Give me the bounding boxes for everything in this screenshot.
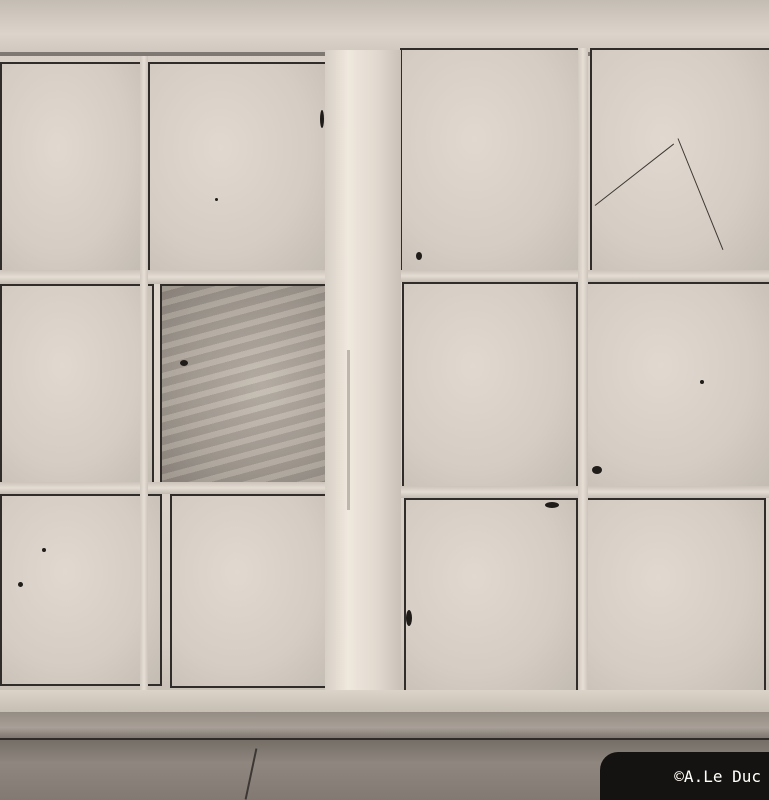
paint-fleck	[320, 110, 324, 128]
muntin	[0, 482, 334, 494]
paint-fleck	[180, 360, 188, 366]
sill-ledge	[0, 712, 769, 738]
cracked-pane	[590, 48, 769, 274]
paint-fleck	[215, 198, 218, 201]
paint-fleck	[406, 610, 412, 626]
muntin	[578, 48, 588, 692]
muntin	[0, 270, 330, 284]
whitewashed-pane	[160, 284, 332, 486]
window-pane	[148, 62, 328, 274]
window-pane	[0, 284, 154, 486]
window-sill	[0, 690, 769, 712]
paint-fleck	[592, 466, 602, 474]
muntin	[140, 56, 148, 692]
window-pane	[402, 282, 578, 490]
paint-fleck	[18, 582, 23, 587]
window-pane	[586, 282, 769, 490]
paint-fleck	[545, 502, 559, 508]
copyright-watermark: ©A.Le Duc	[674, 767, 761, 786]
window-pane	[400, 48, 584, 274]
photograph: ©A.Le Duc	[0, 0, 769, 800]
paint-fleck	[42, 548, 46, 552]
paint-fleck	[416, 252, 422, 260]
window-pane	[404, 498, 578, 692]
window-pane	[586, 498, 766, 696]
paint-fleck	[700, 380, 704, 384]
window-pane	[0, 62, 144, 274]
center-mullion	[325, 50, 401, 695]
window-pane	[0, 494, 162, 686]
window-pane	[170, 494, 336, 688]
